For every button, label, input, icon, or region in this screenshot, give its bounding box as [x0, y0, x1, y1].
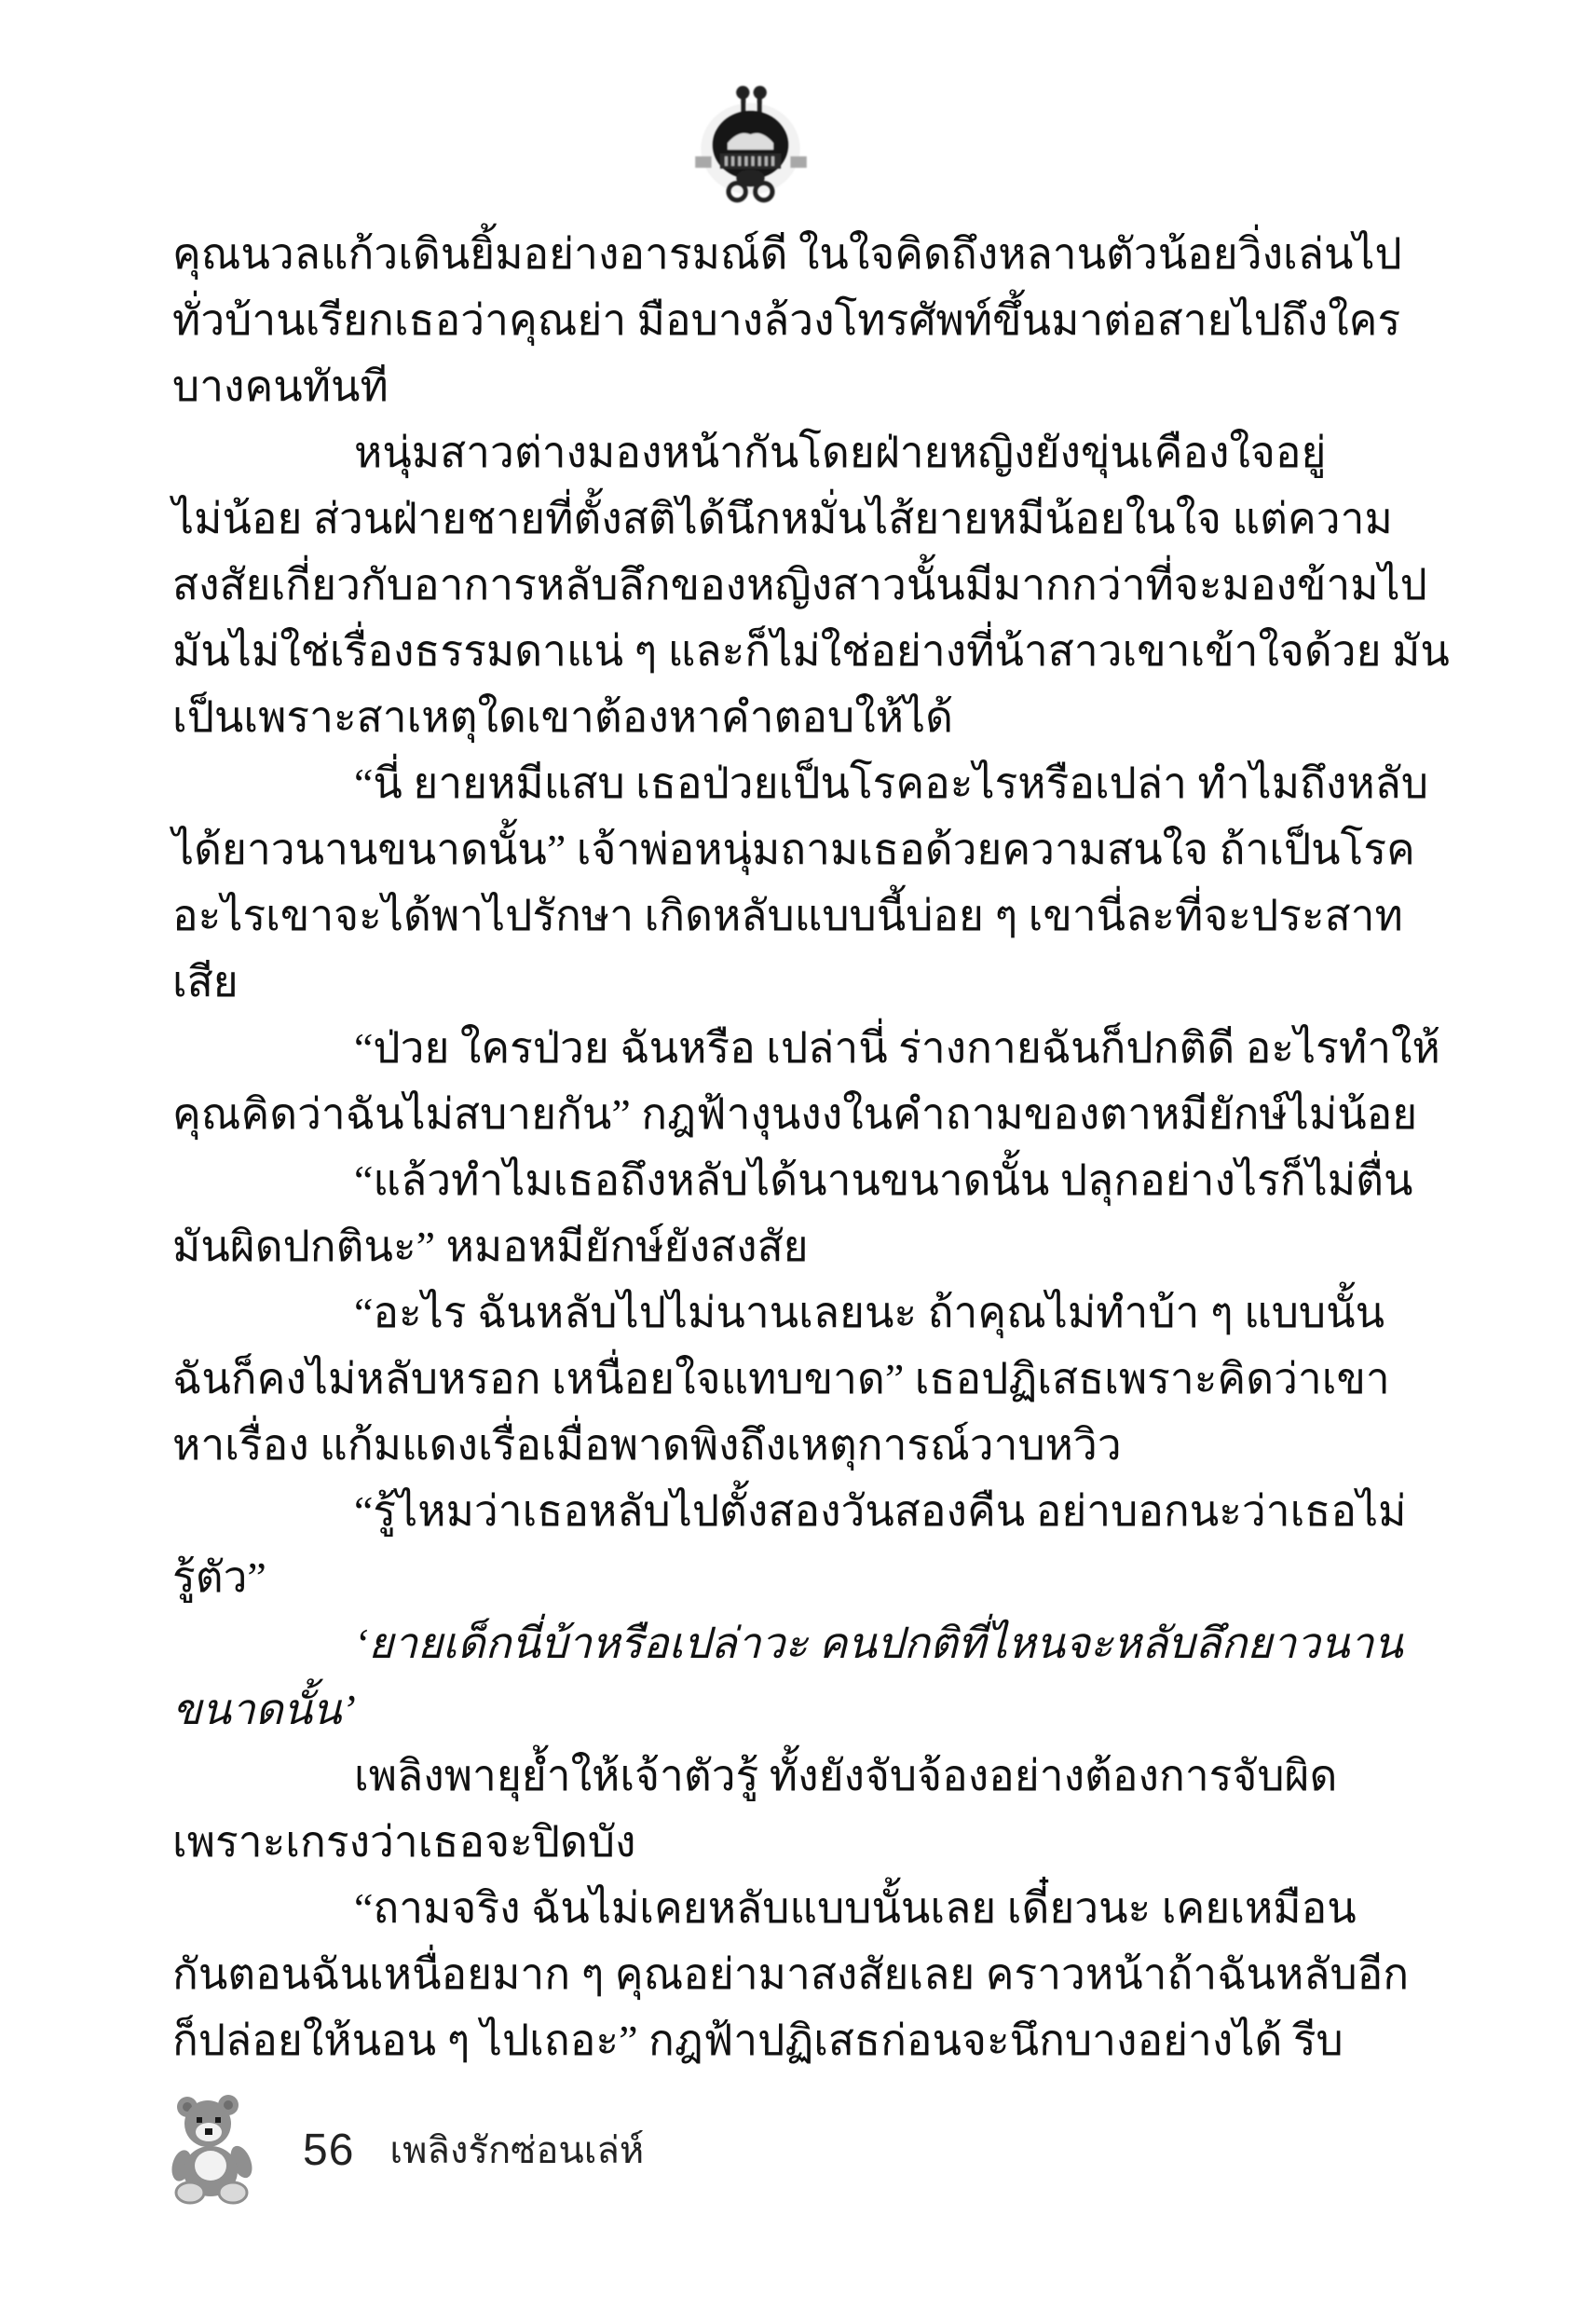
page-footer: 56 เพลิงรักซ่อนเล่ห์ — [171, 2093, 644, 2207]
text-line: ทั่วบ้านเรียกเธอว่าคุณย่า มือบางล้วงโทรศ… — [172, 287, 1428, 353]
text-line: กันตอนฉันเหนื่อยมาก ๆ คุณอย่ามาสงสัยเลย … — [172, 1941, 1428, 2007]
text-line: “ถามจริง ฉันไม่เคยหลับแบบนั้นเลย เดี๋ยวน… — [172, 1875, 1428, 1941]
teddy-bear-icon — [171, 2095, 264, 2205]
text-line: เพราะเกรงว่าเธอจะปิดบัง — [172, 1809, 1428, 1875]
text-line-thought: ขนาดนั้น’ — [172, 1676, 1428, 1743]
text-line: เป็นเพราะสาเหตุใดเขาต้องหาคำตอบให้ได้ — [172, 684, 1428, 750]
text-line: คุณคิดว่าฉันไม่สบายกัน” กฎฟ้างุนงงในคำถา… — [172, 1081, 1428, 1147]
book-title: เพลิงรักซ่อนเล่ห์ — [389, 2120, 644, 2180]
text-line: “แล้วทำไมเธอถึงหลับได้นานขนาดนั้น ปลุกอย… — [172, 1147, 1428, 1213]
text-line: ไม่น้อย ส่วนฝ่ายชายที่ตั้งสติได้นึกหมั่น… — [172, 485, 1428, 552]
text-line: เสีย — [172, 949, 1428, 1015]
publisher-crest-ornament-icon — [691, 80, 811, 209]
text-line: บางคนทันที — [172, 353, 1428, 419]
text-line: “นี่ ยายหมีแสบ เธอป่วยเป็นโรคอะไรหรือเปล… — [172, 750, 1428, 816]
text-line: หาเรื่อง แก้มแดงเรื่อเมื่อพาดพิงถึงเหตุก… — [172, 1412, 1428, 1478]
text-line: รู้ตัว” — [172, 1544, 1428, 1610]
book-page: คุณนวลแก้วเดินยิ้มอย่างอารมณ์ดี ในใจคิดถ… — [0, 0, 1596, 2311]
text-line: เพลิงพายุย้ำให้เจ้าตัวรู้ ทั้งยังจับจ้อง… — [172, 1743, 1428, 1809]
text-line: “รู้ไหมว่าเธอหลับไปตั้งสองวันสองคืน อย่า… — [172, 1478, 1428, 1544]
text-line-thought: ‘ยายเด็กนี่บ้าหรือเปล่าวะ คนปกติที่ไหนจะ… — [172, 1610, 1428, 1676]
text-line: หนุ่มสาวต่างมองหน้ากันโดยฝ่ายหญิงยังขุ่น… — [172, 419, 1428, 485]
page-text: คุณนวลแก้วเดินยิ้มอย่างอารมณ์ดี ในใจคิดถ… — [172, 221, 1428, 2073]
page-number: 56 — [303, 2125, 354, 2176]
text-line: ได้ยาวนานขนาดนั้น” เจ้าพ่อหนุ่มถามเธอด้ว… — [172, 816, 1428, 882]
text-line: อะไรเขาจะได้พาไปรักษา เกิดหลับแบบนี้บ่อย… — [172, 882, 1428, 949]
text-line: “อะไร ฉันหลับไปไม่นานเลยนะ ถ้าคุณไม่ทำบ้… — [172, 1279, 1428, 1346]
text-line: “ป่วย ใครป่วย ฉันหรือ เปล่านี่ ร่างกายฉั… — [172, 1015, 1428, 1081]
text-line: คุณนวลแก้วเดินยิ้มอย่างอารมณ์ดี ในใจคิดถ… — [172, 221, 1428, 287]
text-line: มันไม่ใช่เรื่องธรรมดาแน่ ๆ และก็ไม่ใช่อย… — [172, 618, 1428, 684]
text-line: มันผิดปกตินะ” หมอหมียักษ์ยังสงสัย — [172, 1213, 1428, 1279]
text-line: ก็ปล่อยให้นอน ๆ ไปเถอะ” กฎฟ้าปฏิเสธก่อนจ… — [172, 2007, 1428, 2073]
text-line: สงสัยเกี่ยวกับอาการหลับลึกของหญิงสาวนั้น… — [172, 552, 1428, 618]
text-line: ฉันก็คงไม่หลับหรอก เหนื่อยใจแทบขาด” เธอป… — [172, 1346, 1428, 1412]
